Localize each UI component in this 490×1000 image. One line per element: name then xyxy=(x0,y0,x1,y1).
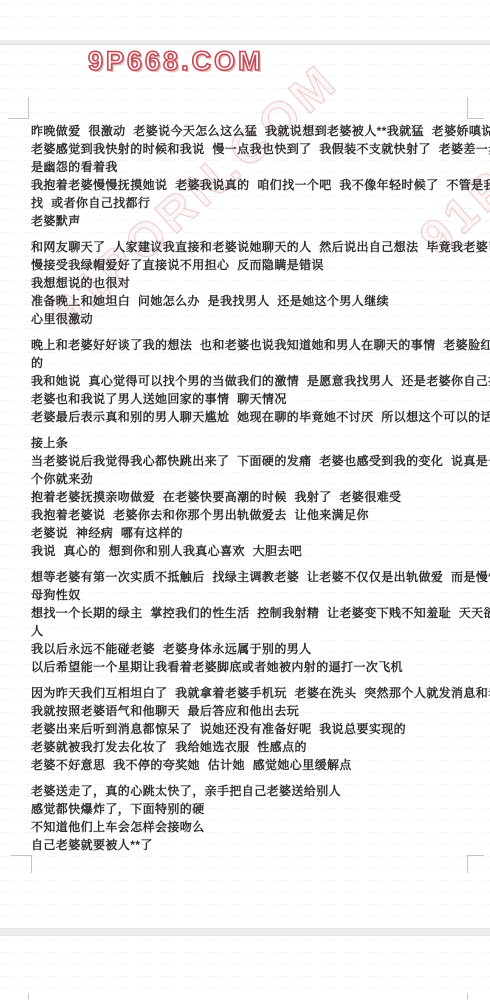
text-line: 接上条 xyxy=(31,434,476,452)
crop-mark-page2-right xyxy=(467,994,484,1000)
text-line: 因为昨天我们互相坦白了 我就拿着老婆手机玩 老婆在洗头 突然那个人就发消息和老婆 xyxy=(31,684,476,702)
text-line: 我抱着老婆慢慢抚摸她说 老婆我说真的 咱们找一个吧 我不像年轻时候了 不管是我给… xyxy=(31,176,476,194)
paragraph: 因为昨天我们互相坦白了 我就拿着老婆手机玩 老婆在洗头 突然那个人就发消息和老婆… xyxy=(31,684,476,774)
text-line: 个你就来劲 xyxy=(31,470,476,488)
text-line: 老婆感觉到我快射的时候和我说 慢一点我也快到了 我假装不支就快射了 老婆差一步到… xyxy=(31,140,476,158)
paragraph: 和网友聊天了 人家建议我直接和老婆说她聊天的人 然后说出自己想法 毕竟我老婆已经… xyxy=(31,238,476,328)
text-line: 晚上和老婆好好谈了我的想法 也和老婆也说我知道她和男人在聊天的事情 老婆脸红通通 xyxy=(31,336,476,354)
text-line: 以后希望能一个星期让我看着老婆脚底或者她被内射的逼打一次飞机 xyxy=(31,658,476,676)
text-line: 昨晚做爱 很激动 老婆说今天怎么这么猛 我就说想到老婆被人**我就猛 老婆娇嗔说… xyxy=(31,122,476,140)
text-line: 老婆说 神经病 哪有这样的 xyxy=(31,524,476,542)
paragraph: 昨晚做爱 很激动 老婆说今天怎么这么猛 我就说想到老婆被人**我就猛 老婆娇嗔说… xyxy=(31,122,476,230)
text-line: 想等老婆有第一次实质不抵触后 找绿主调教老婆 让老婆不仅仅是出轨做爱 而是慢慢变… xyxy=(31,568,476,586)
text-line: 准备晚上和她坦白 问她怎么办 是我找男人 还是她这个男人继续 xyxy=(31,292,476,310)
text-line: 我抱着老婆说 老婆你去和你那个男出轨做爱去 让他来满足你 xyxy=(31,506,476,524)
paragraph: 晚上和老婆好好谈了我的想法 也和老婆也说我知道她和男人在聊天的事情 老婆脸红通通… xyxy=(31,336,476,426)
paragraph: 想等老婆有第一次实质不抵触后 找绿主调教老婆 让老婆不仅仅是出轨做爱 而是慢慢变… xyxy=(31,568,476,676)
text-line: 我想想说的也很对 xyxy=(31,274,476,292)
text-line: 我以后永远不能碰老婆 老婆身体永远属于别的男人 xyxy=(31,640,476,658)
text-line: 老婆也和我说了男人送她回家的事情 聊天情况 xyxy=(31,390,476,408)
site-logo-watermark: 9P668.COM xyxy=(88,46,264,77)
paragraph: 接上条 当老婆说后我觉得我心都快跳出来了 下面硬的发痛 老婆也感受到我的变化 说… xyxy=(31,434,476,560)
text-line: 是幽怨的看着我 xyxy=(31,158,476,176)
text-line: 老婆送走了，真的心跳太快了，亲手把自己老婆送给别人 xyxy=(31,782,476,800)
text-line: 老婆最后表示真和别的男人聊天尴尬 她现在聊的毕竟她不讨厌 所以想这个可以的话试试 xyxy=(31,408,476,426)
text-line: 不知道他们上车会怎样会接吻么 xyxy=(31,818,476,836)
text-line: 人 xyxy=(31,622,476,640)
text-line: 母狗性奴 xyxy=(31,586,476,604)
crop-mark-page2-left xyxy=(8,994,29,1000)
text-line: 我说 真心的 想到你和别人我真心喜欢 大胆去吧 xyxy=(31,542,476,560)
text-line: 心里很激动 xyxy=(31,310,476,328)
text-line: 抱着老婆抚摸亲吻做爱 在老婆快要高潮的时候 我射了 老婆很难受 xyxy=(31,488,476,506)
text-line: 感觉都快爆炸了，下面特别的硬 xyxy=(31,800,476,818)
text-line: 慢接受我绿帽爱好了直接说不用担心 反而隐瞒是错误 xyxy=(31,256,476,274)
text-line: 我就按照老婆语气和他聊天 最后答应和他出去玩 xyxy=(31,702,476,720)
page-separator-bottom xyxy=(0,928,490,936)
crop-mark-top-right xyxy=(467,97,484,119)
page-screenshot: 91PORN.COM 91PORN.COM 9P668.COM 昨晚做爱 很激动… xyxy=(0,0,490,1000)
page-separator-top xyxy=(0,40,490,45)
text-line: 老婆默声 xyxy=(31,212,476,230)
text-line: 想找一个长期的绿主 掌控我们的性生活 控制我射精 让老婆变下贱不知羞耻 天天欲望… xyxy=(31,604,476,622)
paragraph: 老婆送走了，真的心跳太快了，亲手把自己老婆送给别人 感觉都快爆炸了，下面特别的硬… xyxy=(31,782,476,854)
text-line: 自己老婆就要被人**了 xyxy=(31,836,476,854)
text-line: 我和她说 真心觉得可以找个男的当做我们的激情 是愿意我找男人 还是老婆你自己找呢 xyxy=(31,372,476,390)
crop-mark-bottom-left xyxy=(11,855,32,873)
text-line: 找 或者你自己找都行 xyxy=(31,194,476,212)
text-line: 老婆不好意思 我不停的夸奖她 估计她 感觉她心里缓解点 xyxy=(31,756,476,774)
document-body: 昨晚做爱 很激动 老婆说今天怎么这么猛 我就说想到老婆被人**我就猛 老婆娇嗔说… xyxy=(31,122,476,862)
text-line: 老婆出来后听到消息都惊呆了 说她还没有准备好呢 我说总要实现的 xyxy=(31,720,476,738)
text-line: 当老婆说后我觉得我心都快跳出来了 下面硬的发痛 老婆也感受到我的变化 说真是一说… xyxy=(31,452,476,470)
crop-mark-top-left xyxy=(8,97,29,119)
text-line: 的 xyxy=(31,354,476,372)
text-line: 和网友聊天了 人家建议我直接和老婆说她聊天的人 然后说出自己想法 毕竟我老婆已经… xyxy=(31,238,476,256)
text-line: 老婆就被我打发去化妆了 我给她选衣服 性感点的 xyxy=(31,738,476,756)
